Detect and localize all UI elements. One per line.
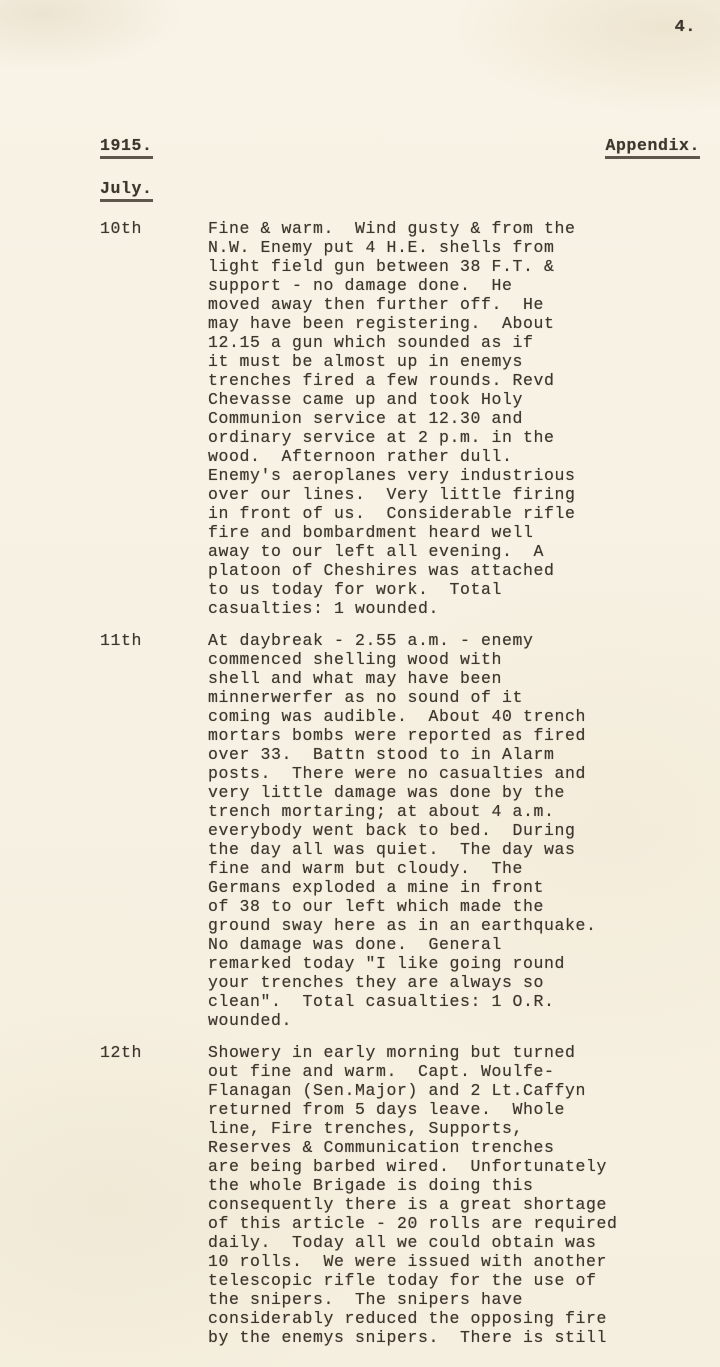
text-line: daily. Today all we could obtain was [208,1233,700,1252]
text-line: No damage was done. General [208,935,700,954]
text-line: Fine & warm. Wind gusty & from the [208,219,700,238]
text-line: fine and warm but cloudy. The [208,859,700,878]
month-heading: July. [100,179,153,202]
text-line: of this article - 20 rolls are required [208,1214,700,1233]
text-line: remarked today "I like going round [208,954,700,973]
text-line: line, Fire trenches, Supports, [208,1119,700,1138]
text-line: over our lines. Very little firing [208,485,700,504]
text-line: commenced shelling wood with [208,650,700,669]
text-line: coming was audible. About 40 trench [208,707,700,726]
text-line: over 33. Battn stood to in Alarm [208,745,700,764]
text-line: by the enemys snipers. There is still [208,1328,700,1347]
text-line: platoon of Cheshires was attached [208,561,700,580]
text-line: may have been registering. About [208,314,700,333]
text-line: Communion service at 12.30 and [208,409,700,428]
year-heading: 1915. [100,136,153,159]
text-line: shell and what may have been [208,669,700,688]
text-line: ground sway here as in an earthquake. [208,916,700,935]
text-line: the snipers. The snipers have [208,1290,700,1309]
text-line: minnerwerfer as no sound of it [208,688,700,707]
text-line: N.W. Enemy put 4 H.E. shells from [208,238,700,257]
text-line: consequently there is a great shortage [208,1195,700,1214]
text-line: to us today for work. Total [208,580,700,599]
text-line: out fine and warm. Capt. Woulfe- [208,1062,700,1081]
text-line: it must be almost up in enemys [208,352,700,371]
text-line: trenches fired a few rounds. Revd [208,371,700,390]
text-line: 10 rolls. We were issued with another [208,1252,700,1271]
text-line: considerably reduced the opposing fire [208,1309,700,1328]
text-line: Enemy's aeroplanes very industrious [208,466,700,485]
text-line: very little damage was done by the [208,783,700,802]
text-line: in front of us. Considerable rifle [208,504,700,523]
text-line: ordinary service at 2 p.m. in the [208,428,700,447]
text-line: away to our left all evening. A [208,542,700,561]
text-line: are being barbed wired. Unfortunately [208,1157,700,1176]
entry-date: 11th [100,631,208,1030]
text-line: wood. Afternoon rather dull. [208,447,700,466]
text-line: trench mortaring; at about 4 a.m. [208,802,700,821]
text-line: telescopic rifle today for the use of [208,1271,700,1290]
appendix-heading: Appendix. [605,136,700,159]
entry-text: Showery in early morning but turnedout f… [208,1043,700,1347]
text-line: Chevasse came up and took Holy [208,390,700,409]
text-line: returned from 5 days leave. Whole [208,1100,700,1119]
entry-date: 10th [100,219,208,618]
text-line: Reserves & Communication trenches [208,1138,700,1157]
diary-entry: 12th Showery in early morning but turned… [100,1043,700,1347]
text-line: everybody went back to bed. During [208,821,700,840]
entry-text: At daybreak - 2.55 a.m. - enemycommenced… [208,631,700,1030]
text-line: your trenches they are always so [208,973,700,992]
text-line: light field gun between 38 F.T. & [208,257,700,276]
text-line: moved away then further off. He [208,295,700,314]
text-line: of 38 to our left which made the [208,897,700,916]
text-line: Showery in early morning but turned [208,1043,700,1062]
text-line: clean". Total casualties: 1 O.R. [208,992,700,1011]
diary-entry: 10th Fine & warm. Wind gusty & from theN… [100,219,700,618]
text-line: posts. There were no casualties and [208,764,700,783]
text-line: wounded. [208,1011,700,1030]
document-page: 4. 1915. Appendix. July. 10th Fine & war… [0,0,720,1367]
text-line: 12.15 a gun which sounded as if [208,333,700,352]
text-line: At daybreak - 2.55 a.m. - enemy [208,631,700,650]
diary-entries: 10th Fine & warm. Wind gusty & from theN… [100,219,700,1347]
diary-entry: 11th At daybreak - 2.55 a.m. - enemycomm… [100,631,700,1030]
text-line: Germans exploded a mine in front [208,878,700,897]
text-line: the day all was quiet. The day was [208,840,700,859]
text-line: support - no damage done. He [208,276,700,295]
entry-date: 12th [100,1043,208,1347]
text-line: the whole Brigade is doing this [208,1176,700,1195]
text-line: casualties: 1 wounded. [208,599,700,618]
text-line: Flanagan (Sen.Major) and 2 Lt.Caffyn [208,1081,700,1100]
page-number: 4. [675,18,696,37]
text-line: mortars bombs were reported as fired [208,726,700,745]
text-line: fire and bombardment heard well [208,523,700,542]
entry-text: Fine & warm. Wind gusty & from theN.W. E… [208,219,700,618]
